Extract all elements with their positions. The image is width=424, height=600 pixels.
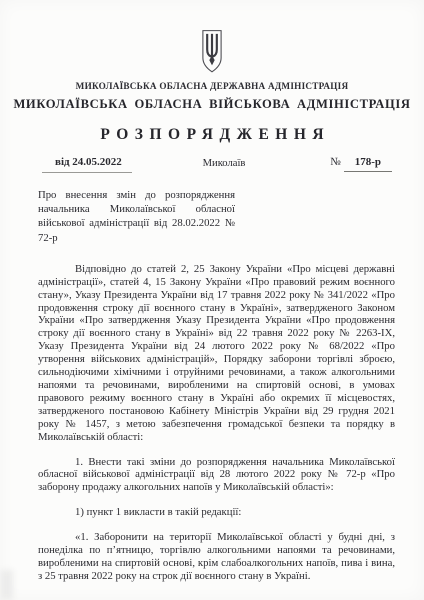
decree-document-page: МИКОЛАЇВСЬКА ОБЛАСНА ДЕРЖАВНА АДМІНІСТРА… xyxy=(0,0,424,600)
emblem-container xyxy=(0,0,424,74)
body-paragraph-amendment: 1. Внести такі зміни до розпорядження на… xyxy=(38,456,395,495)
document-number-label: № xyxy=(330,156,341,168)
ukraine-coat-of-arms-icon xyxy=(199,61,225,78)
body-paragraph-prohibition: «1. Заборонити на території Миколаївсько… xyxy=(38,531,395,583)
document-body: Відповідно до статей 2, 25 Закону Україн… xyxy=(38,263,395,583)
document-title: РОЗПОРЯДЖЕННЯ xyxy=(0,126,424,144)
document-subject: Про внесення змін до розпорядження начал… xyxy=(38,188,235,245)
document-number: № 178-р xyxy=(330,156,392,172)
document-meta-row: від 24.05.2022 Миколаїв № 178-р xyxy=(42,156,392,173)
organization-name-state-administration: МИКОЛАЇВСЬКА ОБЛАСНА ДЕРЖАВНА АДМІНІСТРА… xyxy=(0,81,424,91)
document-city: Миколаїв xyxy=(203,156,246,169)
document-date: від 24.05.2022 xyxy=(42,156,132,173)
organization-name-military-administration: МИКОЛАЇВСЬКА ОБЛАСНА ВІЙСЬКОВА АДМІНІСТР… xyxy=(0,97,424,112)
body-paragraph-legal-basis: Відповідно до статей 2, 25 Закону Україн… xyxy=(38,263,395,444)
scan-artifact xyxy=(0,570,13,600)
body-paragraph-item-revision: 1) пункт 1 викласти в такій редакції: xyxy=(38,506,395,519)
document-number-value: 178-р xyxy=(344,156,392,172)
